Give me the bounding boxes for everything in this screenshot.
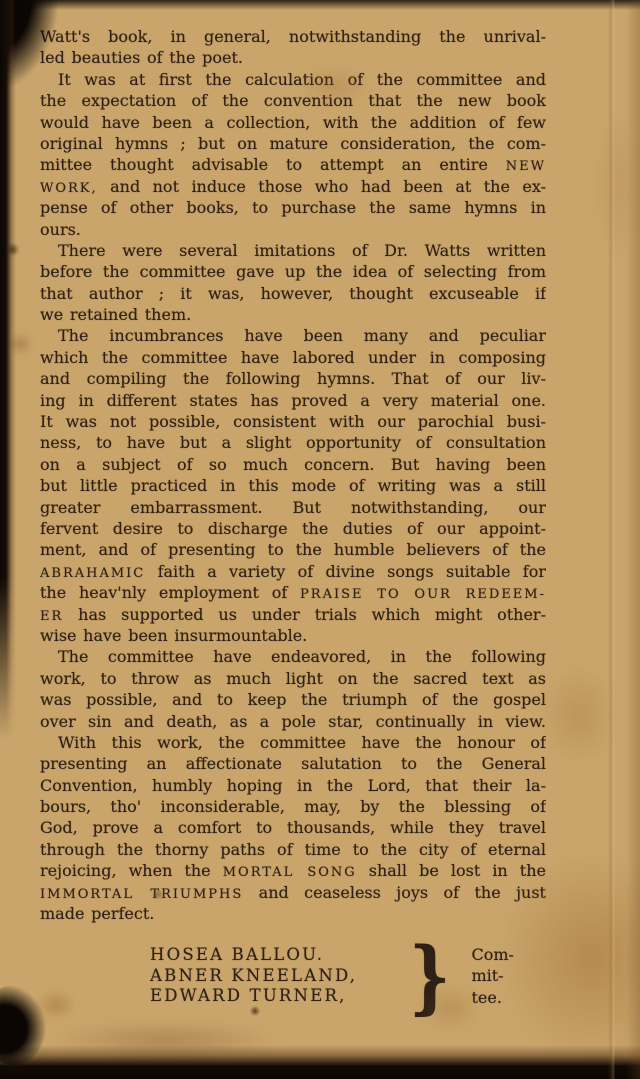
body-text: The incumbrances have been many and pecu…: [58, 326, 546, 345]
body-text: we retained them.: [40, 305, 191, 324]
body-text: bours, tho' inconsiderable, may, by the …: [40, 797, 546, 816]
page-edge-bottom: [0, 1045, 640, 1079]
body-text: faith a variety of divine songs suitable…: [145, 562, 546, 581]
text-line: the heav'nly employment of PRAISE TO OUR…: [40, 582, 546, 603]
page-edge-top: [0, 0, 640, 10]
body-text: wise have been insurmountable.: [40, 626, 307, 645]
book-page: Watt's book, in general, notwithstanding…: [0, 0, 640, 1079]
text-line: that author ; it was, however, thought e…: [40, 283, 546, 304]
paragraph: It was at first the calculation of the c…: [40, 69, 546, 240]
signature-names: HOSEA BALLOU. ABNER KNEELAND, EDWARD TUR…: [150, 945, 398, 1007]
text-line: through the thorny paths of time to the …: [40, 839, 546, 860]
body-text: The committee have endeavored, in the fo…: [58, 647, 546, 666]
text-line: work, to throw as much light on the sacr…: [40, 668, 546, 689]
text-line: pense of other books, to purchase the sa…: [40, 197, 546, 218]
body-text: It was at first the calculation of the c…: [58, 70, 546, 89]
text-line: over sin and death, as a pole star, cont…: [40, 711, 546, 732]
body-text: shall be lost in the: [357, 861, 546, 880]
body-text: work, to throw as much light on the sacr…: [40, 669, 546, 688]
body-text: Watt's book, in general, notwithstanding…: [40, 27, 546, 46]
page-edge-left: [0, 0, 16, 740]
body-text: ours.: [40, 220, 81, 239]
body-text: on a subject of so much concern. But hav…: [40, 455, 546, 474]
paragraph: Watt's book, in general, notwithstanding…: [40, 26, 546, 69]
body-text: Convention, humbly hoping in the Lord, t…: [40, 776, 546, 795]
text-line: wise have been insurmountable.: [40, 625, 546, 646]
small-caps-text: WORK,: [40, 181, 98, 196]
body-text: mittee thought advisable to attempt an e…: [40, 155, 506, 174]
text-line: fervent desire to discharge the duties o…: [40, 518, 546, 539]
body-text: through the thorny paths of time to the …: [40, 840, 546, 859]
committee-label: Com- mit- tee.: [471, 944, 513, 1008]
text-line: With this work, the committee have the h…: [40, 732, 546, 753]
committee-label-line: tee.: [471, 987, 513, 1008]
text-line: Watt's book, in general, notwithstanding…: [40, 26, 546, 47]
text-line: IMMORTAL TRIUMPHS and ceaseless joys of …: [40, 882, 546, 903]
text-line: but little practiced in this mode of wri…: [40, 475, 546, 496]
body-text: the heav'nly employment of: [40, 583, 300, 602]
body-text: led beauties of the poet.: [40, 48, 243, 67]
text-line: which the committee have labored under i…: [40, 347, 546, 368]
text-line: on a subject of so much concern. But hav…: [40, 454, 546, 475]
text-line: The committee have endeavored, in the fo…: [40, 646, 546, 667]
body-text: It was not possible, consistent with our…: [40, 412, 546, 431]
text-line: greater embarrassment. But notwithstandi…: [40, 497, 546, 518]
committee-label-line: mit-: [471, 965, 513, 986]
text-line: and compiling the following hymns. That …: [40, 368, 546, 389]
text-line: ment, and of presenting to the humble be…: [40, 539, 546, 560]
body-text: was possible, and to keep the triumph of…: [40, 690, 546, 709]
text-line: ing in different states has proved a ver…: [40, 390, 546, 411]
text-line: before the committee gave up the idea of…: [40, 261, 546, 282]
body-text: has supported us under trials which migh…: [63, 605, 546, 624]
body-text: before the committee gave up the idea of…: [40, 262, 546, 281]
body-text: There were several imitations of Dr. Wat…: [58, 241, 546, 260]
body-text: the expectation of the convention that t…: [40, 91, 546, 110]
text-line: we retained them.: [40, 304, 546, 325]
body-text: would have been a collection, with the a…: [40, 113, 546, 132]
body-text: rejoicing, when the: [40, 861, 223, 880]
text-block: Watt's book, in general, notwithstanding…: [0, 0, 640, 924]
body-text: fervent desire to discharge the duties o…: [40, 519, 546, 538]
text-line: the expectation of the convention that t…: [40, 90, 546, 111]
body-text: ing in different states has proved a ver…: [40, 391, 546, 410]
text-line: God, prove a comfort to thousands, while…: [40, 817, 546, 838]
small-caps-text: NEW: [506, 159, 546, 174]
text-line: rejoicing, when the MORTAL SONG shall be…: [40, 860, 546, 881]
small-caps-text: PRAISE TO OUR REDEEM-: [300, 587, 546, 602]
text-line: would have been a collection, with the a…: [40, 112, 546, 133]
paragraph: With this work, the committee have the h…: [40, 732, 546, 925]
body-text: but little practiced in this mode of wri…: [40, 476, 546, 495]
text-line: ABRAHAMIC faith a variety of divine song…: [40, 561, 546, 582]
body-text: original hymns ; but on mature considera…: [40, 134, 546, 153]
text-line: made perfect.: [40, 903, 546, 924]
page-edge-right: [626, 0, 640, 1079]
text-line: It was at first the calculation of the c…: [40, 69, 546, 90]
committee-brace: }: [409, 944, 450, 1008]
paragraph: There were several imitations of Dr. Wat…: [40, 240, 546, 326]
text-line: The incumbrances have been many and pecu…: [40, 325, 546, 346]
body-text: that author ; it was, however, thought e…: [40, 284, 546, 303]
body-text: ness, to have but a slight opportunity o…: [40, 433, 546, 452]
text-line: It was not possible, consistent with our…: [40, 411, 546, 432]
text-line: ness, to have but a slight opportunity o…: [40, 432, 546, 453]
text-line: ours.: [40, 219, 546, 240]
body-text: With this work, the committee have the h…: [58, 733, 546, 752]
paragraph: The incumbrances have been many and pecu…: [40, 325, 546, 646]
signature-block: HOSEA BALLOU. ABNER KNEELAND, EDWARD TUR…: [150, 944, 514, 1008]
small-caps-text: MORTAL SONG: [223, 865, 357, 880]
text-line: was possible, and to keep the triumph of…: [40, 689, 546, 710]
text-line: presenting an affectionate salutation to…: [40, 753, 546, 774]
text-line: WORK, and not induce those who had been …: [40, 176, 546, 197]
text-line: bours, tho' inconsiderable, may, by the …: [40, 796, 546, 817]
paper-crease: [608, 0, 615, 1079]
text-line: ER has supported us under trials which m…: [40, 604, 546, 625]
text-line: led beauties of the poet.: [40, 47, 546, 68]
body-text: ment, and of presenting to the humble be…: [40, 540, 546, 559]
committee-label-line: Com-: [471, 944, 513, 965]
body-text: over sin and death, as a pole star, cont…: [40, 712, 546, 731]
text-line: There were several imitations of Dr. Wat…: [40, 240, 546, 261]
body-text: greater embarrassment. But notwithstandi…: [40, 498, 546, 517]
text-line: original hymns ; but on mature considera…: [40, 133, 546, 154]
small-caps-text: ABRAHAMIC: [40, 566, 145, 581]
body-text: presenting an affectionate salutation to…: [40, 754, 546, 773]
body-text: made perfect.: [40, 904, 154, 923]
paragraph: The committee have endeavored, in the fo…: [40, 646, 546, 732]
body-text: and not induce those who had been at the…: [98, 177, 546, 196]
small-caps-text: IMMORTAL TRIUMPHS: [40, 887, 243, 902]
signature-name: ABNER KNEELAND,: [150, 966, 398, 987]
body-text: and ceaseless joys of the just: [243, 883, 546, 902]
text-line: mittee thought advisable to attempt an e…: [40, 154, 546, 175]
signature-name: EDWARD TURNER,: [150, 986, 398, 1007]
body-text: pense of other books, to purchase the sa…: [40, 198, 546, 217]
body-text: which the committee have labored under i…: [40, 348, 546, 367]
small-caps-text: ER: [40, 609, 63, 624]
body-text: God, prove a comfort to thousands, while…: [40, 818, 546, 837]
body-text: and compiling the following hymns. That …: [40, 369, 546, 388]
signature-name: HOSEA BALLOU.: [150, 945, 398, 966]
text-line: Convention, humbly hoping in the Lord, t…: [40, 775, 546, 796]
